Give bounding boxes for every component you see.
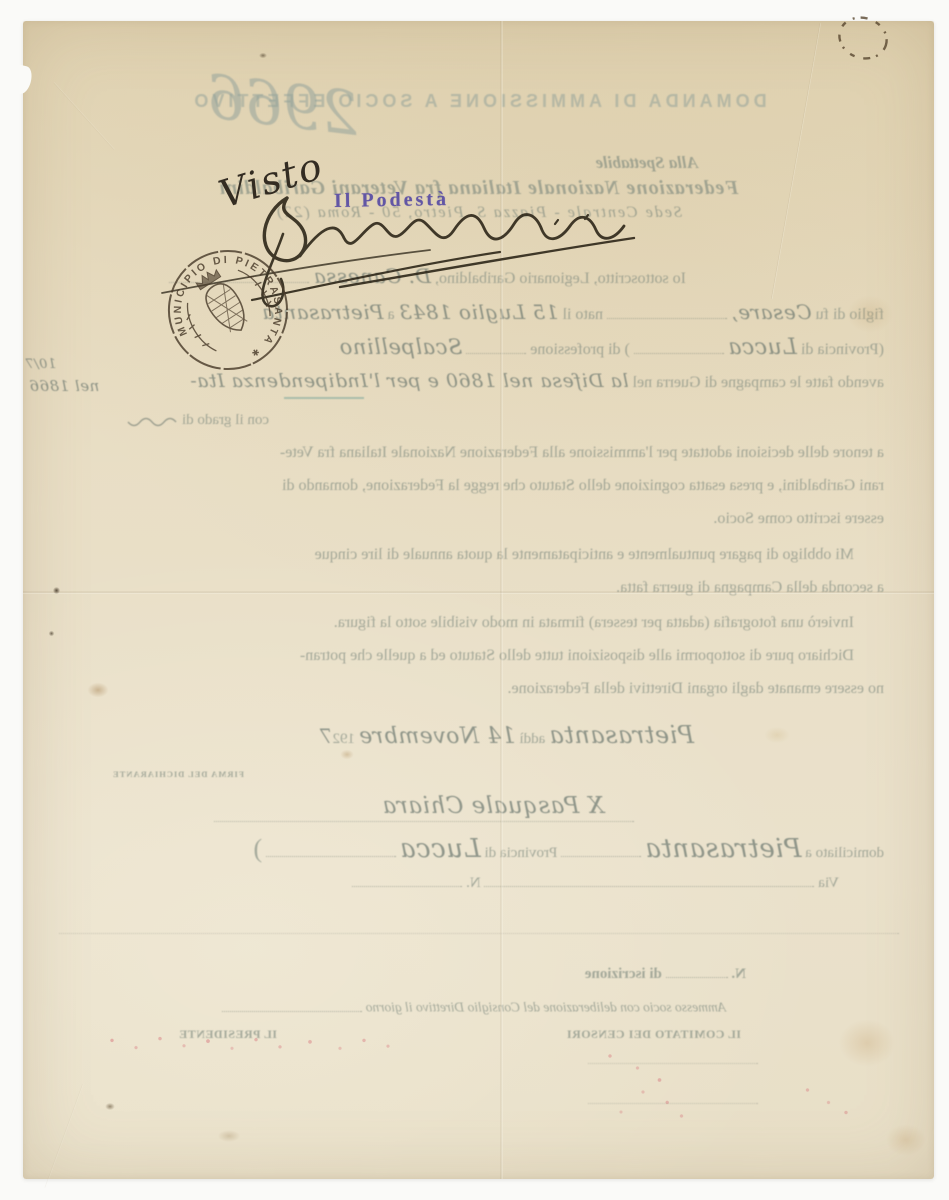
photo-background: DOMANDA DI AMMISSIONE A SOCIO EFFETTIVO … xyxy=(0,0,949,1200)
stamp-star-icon: ✱ xyxy=(250,347,262,359)
ink-speck xyxy=(48,630,55,637)
ink-speck xyxy=(258,52,268,59)
ink-layer: Visto Il Podestà MUNICIPIO DI PIET xyxy=(0,0,949,1200)
red-ink-speckles xyxy=(100,1026,400,1062)
corner-ink-ring-mark xyxy=(832,10,896,68)
foxing-stain xyxy=(84,680,112,700)
foxing-stain xyxy=(214,1128,244,1144)
foxing-stain xyxy=(760,724,794,746)
foxing-stain xyxy=(828,1010,906,1076)
ink-speck xyxy=(52,586,61,595)
red-ink-speckles xyxy=(588,1048,698,1128)
ink-speck xyxy=(104,1102,116,1111)
red-ink-speckles xyxy=(790,1075,860,1125)
foxing-stain xyxy=(878,1118,934,1162)
foxing-stain xyxy=(338,748,356,761)
foxing-stain xyxy=(838,288,902,340)
podesta-signature xyxy=(0,0,949,1200)
municipio-round-stamp: MUNICIPIO DI PIETRASANTA ✱ xyxy=(148,230,308,390)
